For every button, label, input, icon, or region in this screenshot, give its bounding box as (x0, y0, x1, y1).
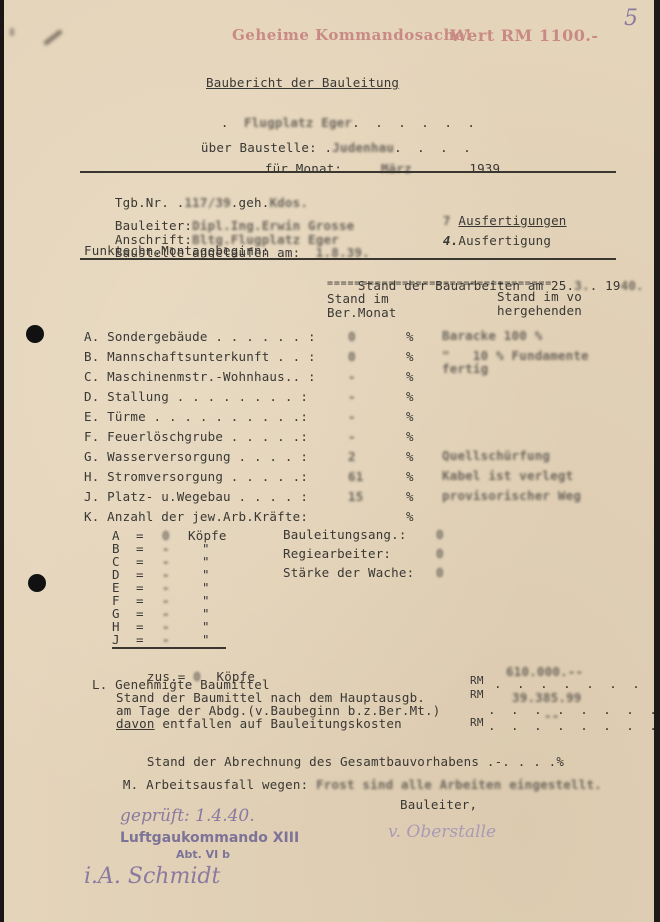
status-item-label: E. Türme . . . . . . . . . .: (84, 409, 308, 424)
punch-hole (26, 325, 44, 343)
checked-note: geprüft: 1.4.40. (120, 806, 255, 826)
month-year: 1939 (469, 161, 500, 176)
status-item-current: 0 (348, 329, 356, 344)
value-stamp: Wert RM 1100.- (450, 26, 599, 45)
status-item-label: C. Maschinenmstr.-Wohnhaus.. : (84, 369, 316, 384)
divider (80, 258, 616, 260)
divider (80, 171, 616, 173)
status-item-label: B. Mannschaftsunterkunft . . : (84, 349, 316, 364)
status-item-label: H. Stromversorgung . . . . .: (84, 469, 308, 484)
dot-leader: . . . . . . . . (488, 718, 660, 733)
copy-number-line: 4.Ausfertigung (412, 218, 551, 263)
status-item-current: - (348, 369, 356, 384)
page-number: 5 (624, 6, 638, 31)
status-item-unit: % (406, 329, 414, 344)
status-item-label: G. Wasserversorgung . . . . : (84, 449, 308, 464)
status-item-unit: % (406, 349, 414, 364)
currency-label: RM (470, 716, 484, 729)
status-item-label: J. Platz- u.Wegebau . . . . : (84, 489, 308, 504)
status-item-current: 15 (348, 489, 363, 504)
status-item-previous: Baracke 100 % (442, 329, 622, 342)
status-item-unit: % (406, 469, 414, 484)
worker-letter: J (112, 632, 120, 647)
heading-underline: ================================= (327, 278, 552, 289)
worker-extra-label: Bauleitungsang.: (283, 527, 407, 542)
punch-hole (28, 574, 46, 592)
work-stoppage-reason: Frost sind alle Arbeiten eingestellt. (316, 777, 602, 792)
status-item-current: 0 (348, 349, 356, 364)
montage-line: Funktechn.Montagebeginn: (84, 243, 269, 258)
worker-extra-value: 0 (436, 546, 444, 561)
month-value: März (381, 161, 412, 176)
status-item-current: 61 (348, 469, 363, 484)
page-edge (654, 0, 660, 922)
ink-smudge (10, 28, 14, 36)
month-label: für Monat: . . (265, 161, 373, 176)
worker-unit: " (202, 632, 210, 647)
worker-extra-label: Stärke der Wache: (283, 565, 414, 580)
office-stamp-line1: Luftgaukommando XIII (120, 830, 299, 846)
currency-label: RM (470, 688, 484, 701)
approver-signature: i.A. Schmidt (84, 864, 220, 889)
office-stamp-line2: Abt. VI b (176, 848, 230, 861)
status-item-unit: % (406, 409, 414, 424)
status-item-previous: " 10 % Fundamente fertig (442, 349, 622, 375)
signer-signature: v. Oberstalle (388, 822, 496, 842)
currency-label: RM (470, 674, 484, 687)
copy-number: 4. (443, 233, 458, 248)
status-item-unit: % (406, 489, 414, 504)
status-item-current: 2 (348, 449, 356, 464)
status-item-current: - (348, 409, 356, 424)
status-item-unit: % (406, 389, 414, 404)
status-item-previous: Quellschürfung (442, 449, 622, 462)
worker-extra-value: 0 (436, 565, 444, 580)
status-item-label: D. Stallung . . . . . . . . : (84, 389, 308, 404)
signer-label: Bauleiter, (400, 797, 477, 812)
workers-total-divider (112, 647, 226, 649)
worker-equals: = (136, 632, 144, 647)
status-item-label: K. Anzahl der jew.Arb.Kräfte: (84, 509, 308, 524)
worker-count: - (162, 632, 170, 647)
status-item-current: - (348, 429, 356, 444)
status-item-current: - (348, 389, 356, 404)
status-item-previous: provisorischer Weg (442, 489, 622, 502)
ink-smudge (43, 29, 63, 46)
status-item-label: F. Feuerlöschgrube . . . . .: (84, 429, 308, 444)
dot-leader: . . . . . . . . (494, 676, 660, 691)
column-header-previous: Stand im vo hergehenden (497, 290, 582, 318)
worker-extra-label: Regiearbeiter: (283, 546, 391, 561)
status-item-label: A. Sondergebäude . . . . . . : (84, 329, 316, 344)
status-item-previous: Kabel ist verlegt (442, 469, 622, 482)
status-item-unit: % (406, 449, 414, 464)
dot-leader: . . . . . . . . (488, 702, 660, 717)
worker-extra-value: 0 (436, 527, 444, 542)
funds-management-label: davon entfallen auf Bauleitungskosten (116, 716, 402, 731)
status-item-unit: % (406, 369, 414, 384)
status-item-unit: % (406, 429, 414, 444)
report-title: Baubericht der Bauleitung (206, 75, 399, 90)
document-page: Geheime Kommandosache! Wert RM 1100.- 5 … (4, 0, 654, 922)
column-header-current: Stand im Ber.Monat (327, 292, 397, 320)
status-item-unit: % (406, 509, 414, 524)
work-stoppage-line: M. Arbeitsausfall wegen: Frost sind alle… (92, 762, 602, 807)
classification-stamp: Geheime Kommandosache! (232, 26, 472, 44)
